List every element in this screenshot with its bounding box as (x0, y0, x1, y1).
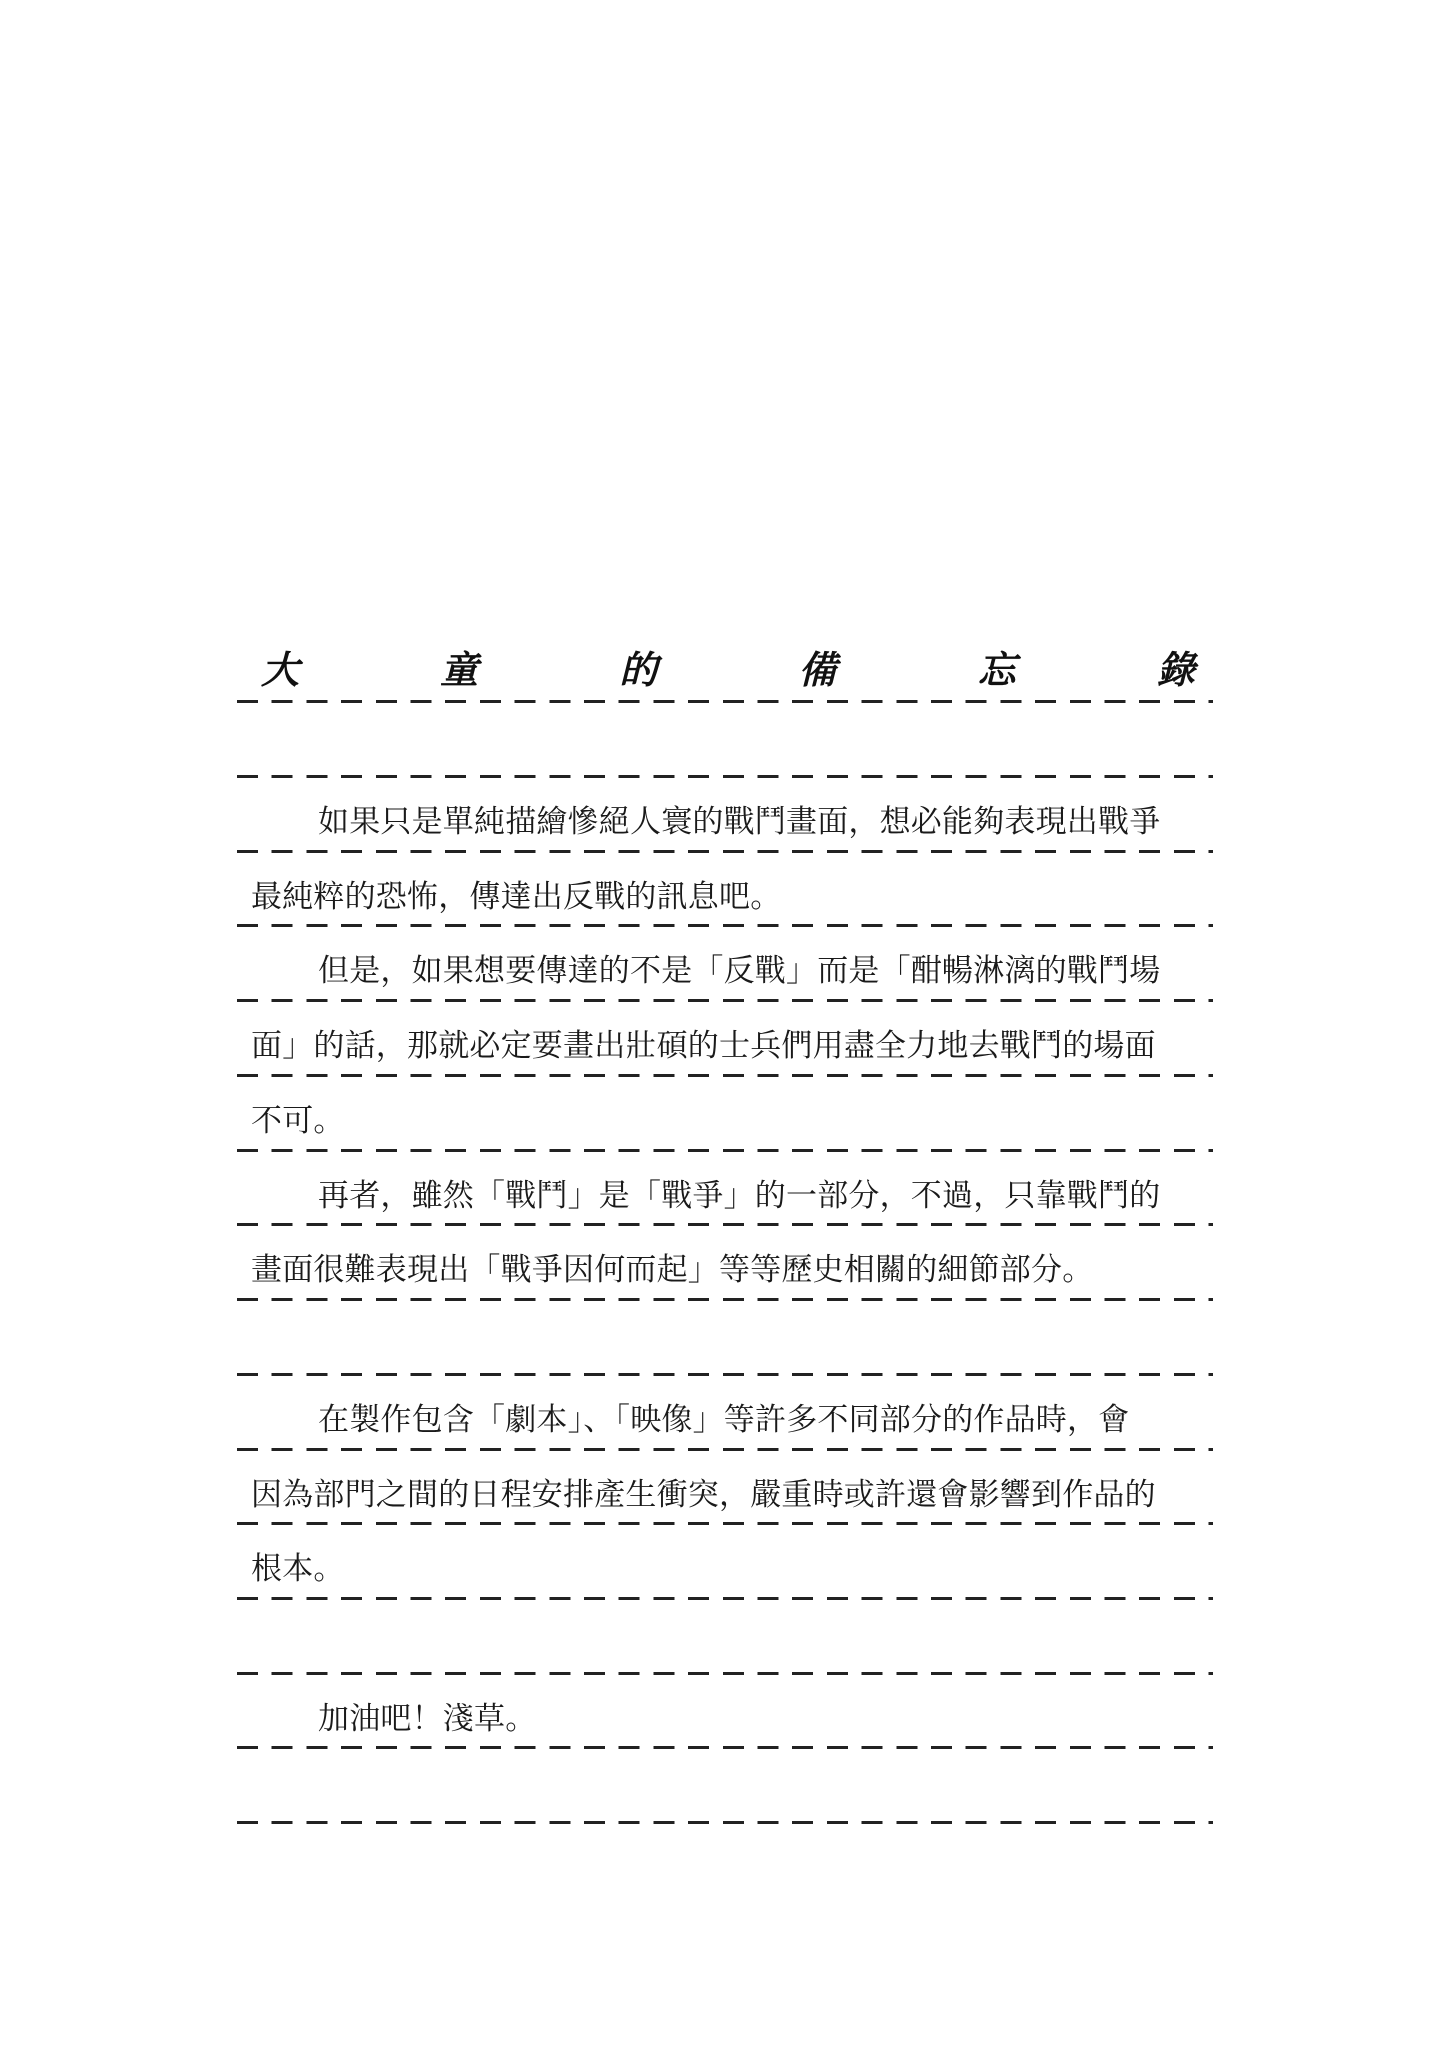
title-char: 大 (258, 651, 302, 689)
dashed-rule (237, 1821, 1213, 1824)
dashed-rule (237, 850, 1213, 853)
dashed-rule (237, 1298, 1213, 1301)
text-line: 因為部門之間的日程安排產生衝突，嚴重時或許還會影響到作品的 (251, 1475, 1156, 1515)
dashed-rule (237, 1522, 1213, 1525)
title-char: 錄 (1154, 651, 1198, 689)
text-line: 根本。 (251, 1549, 345, 1589)
title-char: 備 (796, 651, 840, 689)
text-line: 如果只是單純描繪慘絕人寰的戰鬥畫面，想必能夠表現出戰爭 (318, 802, 1160, 842)
title-char: 的 (616, 651, 660, 689)
dashed-rule (237, 1223, 1213, 1226)
text-line: 在製作包含「劇本」、「映像」等許多不同部分的作品時，會 (318, 1400, 1129, 1440)
dashed-rule (237, 1373, 1213, 1376)
text-line: 不可。 (251, 1101, 345, 1141)
memo-page: 大 童 的 備 忘 錄 如果只是單純描繪慘絕人寰的戰鬥畫面，想必能夠表現出戰爭 … (0, 0, 1448, 2048)
text-line: 但是，如果想要傳達的不是「反戰」而是「酣暢淋漓的戰鬥場 (318, 951, 1160, 991)
dashed-rule (237, 700, 1213, 703)
memo-title: 大 童 的 備 忘 錄 (258, 640, 1198, 700)
text-line: 面」的話，那就必定要畫出壯碩的士兵們用盡全力地去戰鬥的場面 (251, 1026, 1156, 1066)
text-line: 加油吧！淺草。 (318, 1699, 536, 1739)
dashed-rule (237, 1074, 1213, 1077)
text-line: 再者，雖然「戰鬥」是「戰爭」的一部分，不過，只靠戰鬥的 (318, 1176, 1160, 1216)
dashed-rule (237, 775, 1213, 778)
dashed-rule (237, 1672, 1213, 1675)
dashed-rule (237, 1149, 1213, 1152)
dashed-rule (237, 1597, 1213, 1600)
dashed-rule (237, 924, 1213, 927)
text-line: 最純粹的恐怖，傳達出反戰的訊息吧。 (251, 877, 781, 917)
dashed-rule (237, 1448, 1213, 1451)
dashed-rule (237, 1746, 1213, 1749)
title-char: 童 (437, 651, 481, 689)
text-line: 畫面很難表現出「戰爭因何而起」等等歷史相關的細節部分。 (251, 1250, 1093, 1290)
dashed-rule (237, 999, 1213, 1002)
title-char: 忘 (975, 651, 1019, 689)
